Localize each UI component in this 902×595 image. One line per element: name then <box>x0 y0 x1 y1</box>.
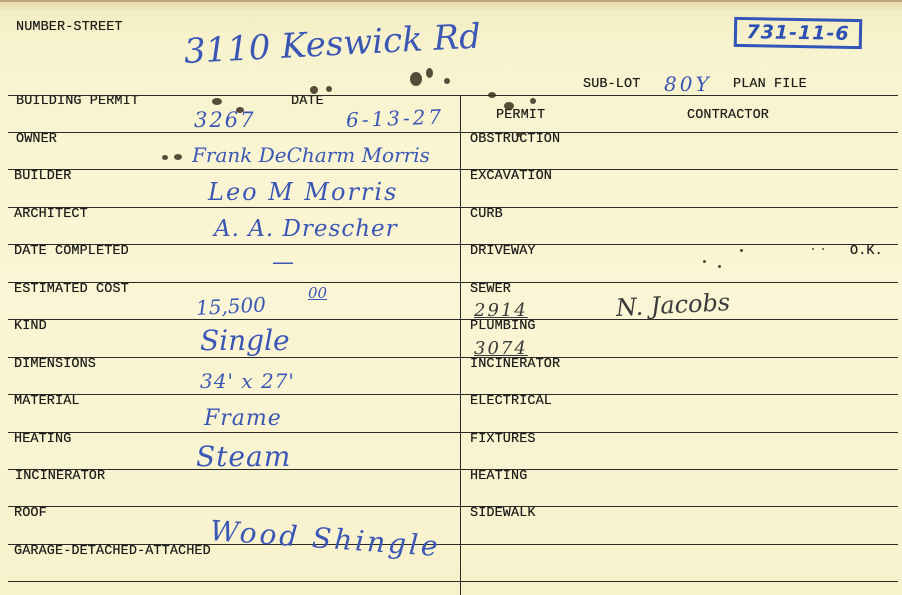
kind-label: KIND <box>14 319 47 334</box>
builder-label: BUILDER <box>14 169 71 184</box>
ink-stain <box>822 248 824 250</box>
dimensions-label: DIMENSIONS <box>14 357 96 372</box>
rule <box>8 469 898 470</box>
estimated-cost-cents: 00 <box>308 284 327 302</box>
column-divider <box>460 95 461 595</box>
estimated-cost-label: ESTIMATED COST <box>14 282 129 297</box>
ink-stain <box>718 265 721 268</box>
permit-card: 731-11-6 NUMBER-STREET 3110 Keswick Rd S… <box>0 0 902 595</box>
rule <box>8 506 898 507</box>
rule <box>8 319 898 320</box>
ink-stain <box>426 68 433 78</box>
rule <box>8 95 898 96</box>
incinerator-right-label: INCINERATOR <box>470 357 560 372</box>
builder-value: Leo M Morris <box>208 178 398 206</box>
contractor-column-header: CONTRACTOR <box>687 108 769 123</box>
incinerator-label: INCINERATOR <box>15 469 105 484</box>
sub-lot-value: 80Y <box>664 72 712 96</box>
ink-stain <box>488 92 496 98</box>
rule <box>8 207 898 208</box>
ink-stain <box>162 155 168 160</box>
ink-stain <box>212 98 222 105</box>
sewer-permit-value: 2914 <box>474 300 528 321</box>
material-label: MATERIAL <box>14 394 80 409</box>
heating-value: Steam <box>196 440 291 473</box>
plumbing-permit-value: 3074 <box>474 338 528 359</box>
architect-label: ARCHITECT <box>14 207 88 222</box>
ink-stain <box>812 248 814 250</box>
ink-stain <box>410 72 422 86</box>
permit-column-header: PERMIT <box>496 108 545 123</box>
heating-label: HEATING <box>14 432 71 447</box>
garage-label: GARAGE-DETACHED-ATTACHED <box>14 544 211 559</box>
ink-stain <box>530 98 536 104</box>
roof-label: ROOF <box>14 506 47 521</box>
file-number-stamp: 731-11-6 <box>734 17 863 49</box>
rule <box>8 432 898 433</box>
plan-file-label: PLAN FILE <box>733 77 807 92</box>
date-completed-value: — <box>272 250 294 275</box>
kind-value: Single <box>200 324 290 357</box>
ink-stain <box>703 260 706 263</box>
fixtures-label: FIXTURES <box>470 432 536 447</box>
sidewalk-label: SIDEWALK <box>470 506 536 521</box>
architect-value: A. A. Drescher <box>214 216 398 242</box>
excavation-label: EXCAVATION <box>470 169 552 184</box>
electrical-label: ELECTRICAL <box>470 394 552 409</box>
rule <box>8 394 898 395</box>
sewer-contractor-value: N. Jacobs <box>615 288 731 322</box>
building-permit-value: 3267 <box>194 108 255 132</box>
sewer-label: SEWER <box>470 282 511 297</box>
date-value: 6-13-27 <box>346 105 445 132</box>
driveway-label: DRIVEWAY <box>470 244 536 259</box>
date-label: DATE <box>291 94 324 109</box>
rule <box>8 282 898 283</box>
ink-stain <box>236 107 244 113</box>
dimensions-value: 34' x 27' <box>200 369 295 393</box>
number-street-label: NUMBER-STREET <box>16 20 123 35</box>
rule <box>8 357 898 358</box>
ink-stain <box>174 154 182 160</box>
rule <box>8 581 898 582</box>
sub-lot-label: SUB-LOT <box>583 77 640 92</box>
building-permit-label: BUILDING PERMIT <box>16 94 139 109</box>
ink-stain <box>504 102 514 110</box>
heating-right-label: HEATING <box>470 469 527 484</box>
material-value: Frame <box>204 406 282 431</box>
owner-label: OWNER <box>16 132 57 147</box>
driveway-ok-note: O.K. <box>850 244 883 259</box>
roof-value: Wood Shingle <box>209 514 442 563</box>
ink-stain <box>326 86 332 92</box>
owner-value: Frank DeCharm Morris <box>192 143 430 167</box>
ink-stain <box>516 132 522 137</box>
rule <box>8 132 898 133</box>
date-completed-label: DATE COMPLETED <box>14 244 129 259</box>
plumbing-label: PLUMBING <box>470 319 536 334</box>
ink-stain <box>444 78 450 84</box>
rule <box>8 169 898 170</box>
number-street-value: 3110 Keswick Rd <box>183 16 482 71</box>
rule <box>8 244 898 245</box>
ink-stain <box>310 86 318 94</box>
ink-stain <box>740 249 743 252</box>
estimated-cost-value: 15,500 <box>195 292 266 320</box>
curb-label: CURB <box>470 207 503 222</box>
